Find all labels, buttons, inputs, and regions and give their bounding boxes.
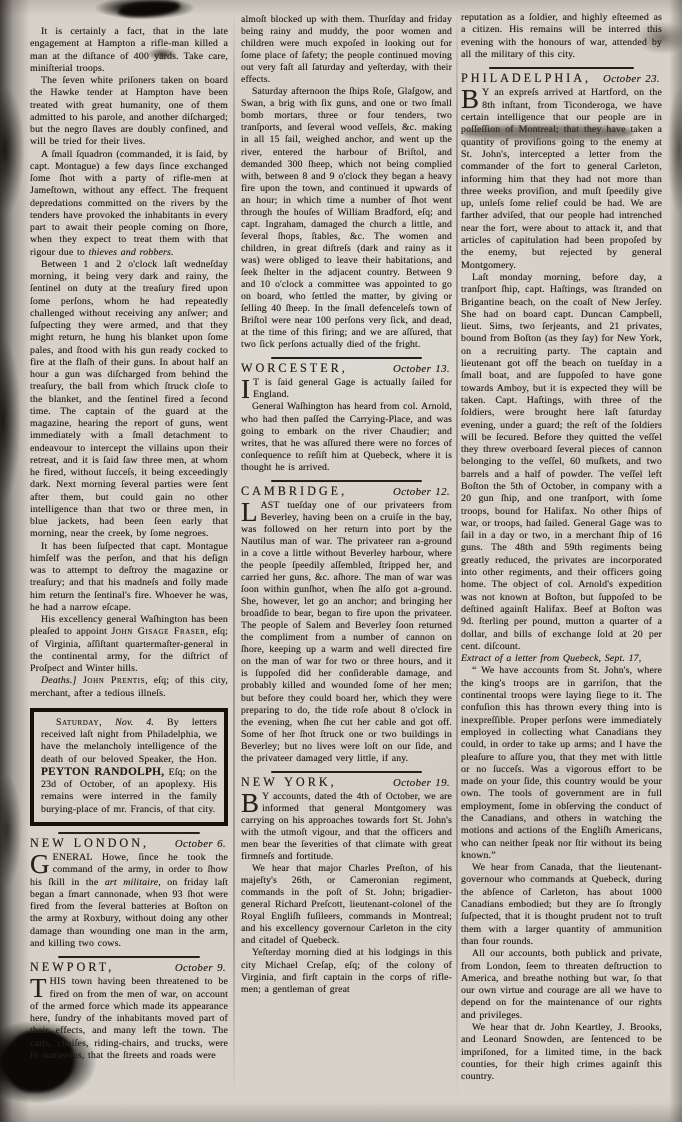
text-segment: almoſt blocked up with them. Thurſday an… [241,14,452,85]
article-paragraph: Yeſterday morning died at his lodgings i… [241,947,452,995]
dateline-date: October 19. [393,777,450,789]
article-paragraph: It has been ſuſpected that capt. Montagu… [30,541,228,615]
text-segment: reputation as a ſoldier, and highly eſte… [461,12,662,60]
deaths-label: Deaths.] [41,675,77,686]
extract-heading: Extract of a letter from Quebeck, Sept. … [461,653,662,665]
person-name: John Gisage Fraser [111,626,205,637]
column-rule-right [456,8,458,1098]
dropcap: T [30,976,50,999]
article-paragraph: GENERAL Howe, ſince he took the command … [30,852,228,950]
person-name: PEYTON RANDOLPH, [41,766,164,778]
article-paragraph: General Waſhington has heard from col. A… [241,401,452,473]
text-segment: We hear that dr. John Keartley, J. Brook… [461,1022,662,1082]
text-segment-italic: art militaire [105,877,158,888]
text-segment: HIS town having been threatened to be fi… [30,976,228,1061]
deaths-paragraph: Deaths.] John Prentis, eſq; of this city… [30,675,228,700]
section-rule [489,67,634,69]
section-rule [271,357,423,359]
person-name: John Prentis [77,675,146,686]
text-segment: Between 1 and 2 o'clock laſt wedneſday m… [30,259,228,540]
dropcap: B [241,791,262,814]
section-rule [271,480,423,482]
text-segment: The ſeven white priſoners taken on board… [30,75,228,147]
text-segment: AST tueſday one of our privateers from B… [241,500,452,764]
text-segment: Saturday afternoon the ſhips Roſe, Glaſg… [241,86,452,350]
dateline-city: CAMBRIDGE, [241,485,347,497]
dropcap: I [241,377,253,400]
dateline-date: October 6. [175,838,226,850]
text-segment: Extract of a letter from Quebeck, Sept. … [461,653,641,664]
text-segment: Y an expreſs arrived at Hartford, on the… [461,87,662,270]
text-segment: All our accounts, both publick and priva… [461,948,662,1020]
text-segment: Y accounts, dated the 4th of October, we… [241,791,452,862]
death-notice-paragraph: Saturday, Nov. 4. By letters received la… [41,717,217,816]
article-paragraph: A ſmall ſquadron (commanded, it is ſaid,… [30,149,228,259]
column-rule-left [233,8,235,1098]
article-paragraph: BY accounts, dated the 4th of October, w… [241,791,452,863]
text-segment: General Waſhington has heard from col. A… [241,401,452,472]
dateline-cambridge: CAMBRIDGE, October 12. [241,485,450,498]
right-column: reputation as a ſoldier, and highly eſte… [461,12,662,1118]
dateline-date: October 13. [393,363,450,375]
article-paragraph: THIS town having been threatened to be f… [30,976,228,1062]
notice-date: Nov. 4. [102,717,154,728]
dateline-philadelphia: PHILADELPHIA, October 23. [461,72,660,85]
dateline-date: October 9. [175,962,226,974]
article-paragraph: We hear from Canada, that the lieutenant… [461,862,662,948]
article-paragraph: IT is ſaid general Gage is actually ſail… [241,377,452,401]
notice-day: Saturday, [56,717,102,728]
article-paragraph: Between 1 and 2 o'clock laſt wedneſday m… [30,259,228,541]
article-paragraph: BY an expreſs arrived at Hartford, on th… [461,87,662,271]
dateline-newport: NEWPORT, October 9. [30,961,226,974]
dateline-date: October 23. [603,73,660,85]
ink-smear [463,126,633,139]
dateline-city: PHILADELPHIA, [461,72,591,84]
left-column: It is certainly a fact, that in the late… [30,26,228,1116]
article-paragraph: All our accounts, both publick and priva… [461,948,662,1022]
section-rule [58,832,201,834]
article-paragraph: It is certainly a fact, that in the late… [30,26,228,75]
article-paragraph: Saturday afternoon the ſhips Roſe, Glaſg… [241,86,452,351]
dropcap: L [241,500,261,523]
article-paragraph: reputation as a ſoldier, and highly eſte… [461,12,662,61]
article-paragraph: His excellency general Waſhington has be… [30,614,228,675]
text-segment: Yeſterday morning died at his lodgings i… [241,947,452,994]
text-segment: A ſmall ſquadron (commanded, it is ſaid,… [30,149,228,258]
text-segment-italic: thieves and robbers. [89,247,174,258]
article-paragraph: Laſt monday morning, before day, a tranſ… [461,272,662,653]
text-segment: We hear from Canada, that the lieutenant… [461,862,662,947]
text-segment: It has been ſuſpected that capt. Montagu… [30,541,228,613]
dateline-city: NEWPORT, [30,961,114,973]
dropcap: G [30,852,53,875]
article-paragraph: We hear that major Charles Preſton, of h… [241,863,452,947]
dateline-date: October 12. [393,486,450,498]
article-paragraph: We hear that dr. John Keartley, J. Brook… [461,1022,662,1083]
article-paragraph: “ We have accounts from St. John's, wher… [461,665,662,862]
dateline-city: WORCESTER, [241,362,348,374]
dateline-new-york: NEW YORK, October 19. [241,776,450,789]
section-rule [58,956,201,958]
dateline-new-london: NEW LONDON, October 6. [30,837,226,850]
text-segment: We hear that major Charles Preſton, of h… [241,863,452,946]
dateline-worcester: WORCESTER, October 13. [241,362,450,375]
text-segment: T is ſaid general Gage is actually ſaile… [253,377,452,400]
text-segment: It is certainly a fact, that in the late… [30,26,228,74]
article-paragraph: LAST tueſday one of our privateers from … [241,500,452,765]
middle-column: almoſt blocked up with them. Thurſday an… [241,14,452,1116]
article-paragraph: almoſt blocked up with them. Thurſday an… [241,14,452,86]
dateline-city: NEW YORK, [241,776,337,788]
article-paragraph: The ſeven white priſoners taken on board… [30,75,228,149]
dateline-city: NEW LONDON, [30,837,149,849]
text-segment: Laſt monday morning, before day, a tranſ… [461,272,662,652]
death-notice-box: Saturday, Nov. 4. By letters received la… [30,708,228,826]
section-rule [271,771,423,773]
dropcap: B [461,87,482,110]
text-segment: “ We have accounts from St. John's, wher… [461,665,662,860]
